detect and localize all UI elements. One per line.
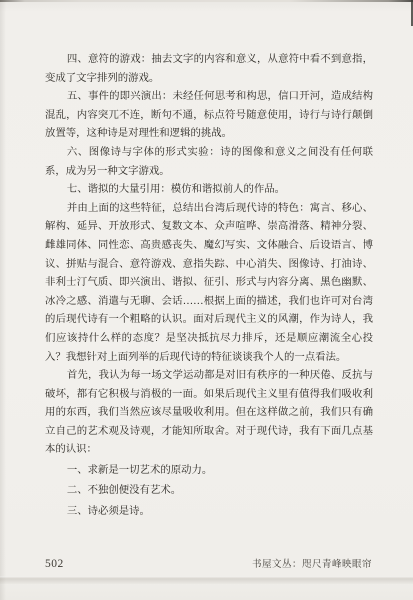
scan-edge-top [0, 0, 413, 2]
scan-edge-left [0, 0, 6, 600]
paragraph-opinion: 首先，我认为每一场文学运动都是对旧有秩序的一种厌倦、反抗与破坏，都有它积极与消极… [45, 367, 373, 460]
paragraph-summary: 并由上面的这些特征，总结出台湾后现代诗的特色：寓言、移心、解构、延异、开放形式、… [45, 200, 373, 367]
scanned-book-page: 四、意符的游戏：抽去文字的内容和意义，从意符中看不到意指，变成了文字排列的游戏。… [0, 0, 413, 600]
series-title: 书屋文丛：咫尺青峰映眼帘 [252, 556, 372, 570]
page-footer: 502 书屋文丛：咫尺青峰映眼帘 [45, 556, 372, 570]
list-item-two: 二、不独创便没有艺术。 [45, 482, 373, 501]
list-item-one: 一、求新是一切艺术的原动力。 [45, 462, 373, 481]
paragraph-item-four: 四、意符的游戏：抽去文字的内容和意义，从意符中看不到意指，变成了文字排列的游戏。 [45, 51, 373, 88]
list-item-three: 三、诗必须是诗。 [45, 503, 373, 522]
body-text: 四、意符的游戏：抽去文字的内容和意义，从意符中看不到意指，变成了文字排列的游戏。… [45, 51, 373, 521]
page-number: 502 [45, 558, 64, 570]
page-bottom-shadow [0, 576, 413, 584]
paragraph-item-five: 五、事件的即兴演出：未经任何思考和构思，信口开河，造成结构混乱，内容突兀不连，断… [45, 88, 373, 144]
paragraph-item-seven: 七、谐拟的大量引用：模仿和谐拟前人的作品。 [45, 181, 373, 200]
paragraph-item-six: 六、图像诗与字体的形式实验：诗的图像和意义之间没有任何联系，成为另一种文字游戏。 [45, 144, 373, 181]
